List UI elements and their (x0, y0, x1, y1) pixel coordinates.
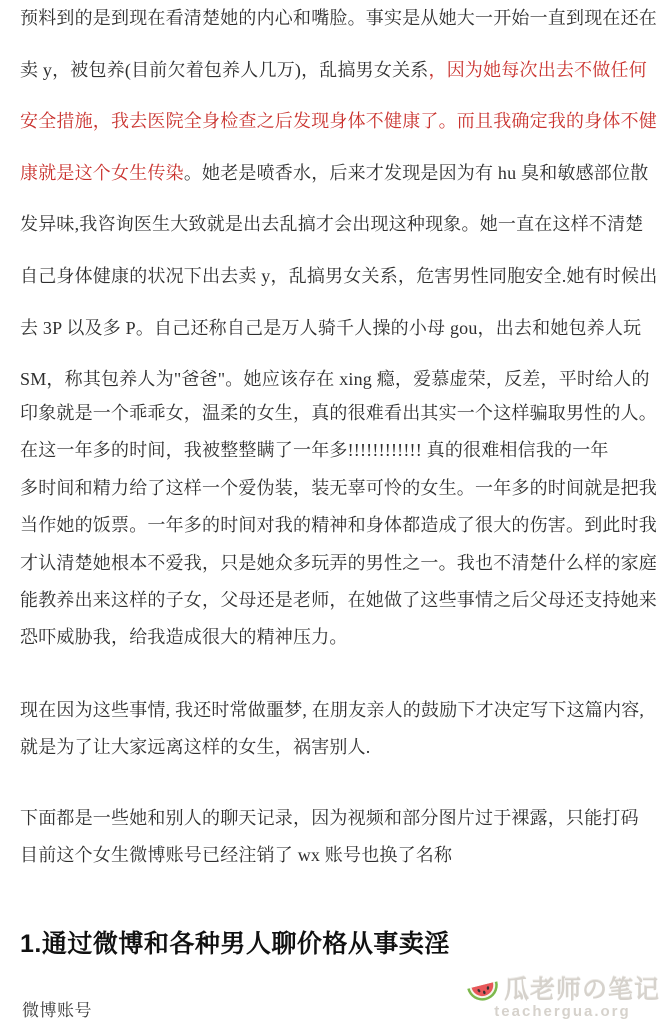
text-line: 恐吓威胁我，给我造成很大的精神压力。 (20, 619, 664, 656)
text-run: 就是为了让大家远离这样的女生，祸害别人. (20, 737, 371, 757)
text-line: 安全措施，我去医院全身检查之后发现身体不健康了。而且我确定我的身体不健 (20, 96, 664, 148)
highlighted-text-run: ，因为她每次出去不做任何 (429, 60, 647, 80)
text-line: 自己身体健康的状况下出去卖 y，乱搞男女关系，危害男性同胞安全.她有时候出 (20, 251, 664, 303)
text-line: 目前这个女生微博账号已经注销了 wx 账号也换了名称 (20, 837, 664, 874)
text-run: 印象就是一个乖乖女，温柔的女生，真的很难看出其实一个这样骗取男性的人。 (20, 403, 657, 423)
paragraph-main-part1: 预料到的是到现在看清楚她的内心和嘴脸。事实是从她大一开始一直到现在还在卖 y，被… (20, 0, 664, 406)
text-line: 就是为了让大家远离这样的女生，祸害别人. (20, 729, 664, 766)
text-run: 能教养出来这样的子女，父母还是老师，在她做了这些事情之后父母还支持她来 (20, 590, 657, 610)
text-line: 预料到的是到现在看清楚她的内心和嘴脸。事实是从她大一开始一直到现在还在 (20, 0, 664, 45)
text-run: 去 3P 以及多 P。自己还称自己是万人骑千人操的小母 gou，出去和她包养人玩 (20, 318, 641, 338)
paragraph-nightmare: 现在因为这些事情, 我还时常做噩梦, 在朋友亲人的鼓励下才决定写下这篇内容,就是… (20, 692, 664, 766)
paragraph-main-part2: 印象就是一个乖乖女，温柔的女生，真的很难看出其实一个这样骗取男性的人。在这一年多… (20, 395, 664, 657)
text-line: 卖 y，被包养(目前欠着包养人几万)，乱搞男女关系，因为她每次出去不做任何 (20, 45, 664, 97)
text-line: 现在因为这些事情, 我还时常做噩梦, 在朋友亲人的鼓励下才决定写下这篇内容, (20, 692, 664, 729)
text-run: 预料到的是到现在看清楚她的内心和嘴脸。事实是从她大一开始一直到现在还在 (20, 8, 657, 28)
text-line: 发异味,我咨询医生大致就是出去乱搞才会出现这种现象。她一直在这样不清楚 (20, 199, 664, 251)
text-line: 在这一年多的时间，我被整整瞒了一年多!!!!!!!!!!!! 真的很难相信我的一… (20, 432, 664, 469)
watermark: 瓜老师の笔记 teachergua.org (465, 970, 660, 1020)
text-run: 目前这个女生微博账号已经注销了 wx 账号也换了名称 (20, 845, 452, 865)
text-run: 自己身体健康的状况下出去卖 y，乱搞男女关系，危害男性同胞安全.她有时候出 (20, 266, 657, 286)
section-heading: 1.通过微博和各种男人聊价格从事卖淫 (20, 924, 450, 960)
highlighted-text-run: 康就是这个女生传染 (20, 163, 184, 183)
article-page: 预料到的是到现在看清楚她的内心和嘴脸。事实是从她大一开始一直到现在还在卖 y，被… (0, 0, 672, 1024)
text-run: 。她老是喷香水，后来才发现是因为有 hu 臭和敏感部位散 (184, 163, 649, 183)
text-line: 下面都是一些她和别人的聊天记录，因为视频和部分图片过于裸露，只能打码 (20, 800, 664, 837)
highlighted-text-run: 安全措施，我去医院全身检查之后发现身体不健康了。而且我确定我的身体不健 (20, 111, 657, 131)
text-line: 印象就是一个乖乖女，温柔的女生，真的很难看出其实一个这样骗取男性的人。 (20, 395, 664, 432)
watermark-row: 瓜老师の笔记 (465, 970, 660, 1006)
text-line: 多时间和精力给了这样一个爱伪装，装无辜可怜的女生。一年多的时间就是把我 (20, 470, 664, 507)
text-run: 卖 y，被包养(目前欠着包养人几万)，乱搞男女关系 (20, 60, 429, 80)
text-run: 才认清楚她根本不爱我，只是她众多玩弄的男性之一。我也不清楚什么样的家庭 (20, 553, 657, 573)
weibo-account-label: 微博账号 (22, 996, 92, 1021)
paragraph-chatlog-intro: 下面都是一些她和别人的聊天记录，因为视频和部分图片过于裸露，只能打码目前这个女生… (20, 800, 664, 874)
text-line: 能教养出来这样的子女，父母还是老师，在她做了这些事情之后父母还支持她来 (20, 582, 664, 619)
watermark-title: 瓜老师の笔记 (504, 970, 660, 1006)
text-line: 当作她的饭票。一年多的时间对我的精神和身体都造成了很大的伤害。到此时我 (20, 507, 664, 544)
watermelon-icon (461, 966, 505, 1010)
text-run: 现在因为这些事情, 我还时常做噩梦, 在朋友亲人的鼓励下才决定写下这篇内容, (20, 700, 644, 720)
text-run: 当作她的饭票。一年多的时间对我的精神和身体都造成了很大的伤害。到此时我 (20, 515, 657, 535)
text-run: 恐吓威胁我，给我造成很大的精神压力。 (20, 627, 348, 647)
text-run: 下面都是一些她和别人的聊天记录，因为视频和部分图片过于裸露，只能打码 (20, 808, 639, 828)
text-run: SM，称其包养人为"爸爸"。她应该存在 xing 瘾，爱慕虚荣，反差，平时给人的 (20, 369, 650, 389)
text-run: 发异味,我咨询医生大致就是出去乱搞才会出现这种现象。她一直在这样不清楚 (20, 214, 644, 234)
text-line: 康就是这个女生传染。她老是喷香水，后来才发现是因为有 hu 臭和敏感部位散 (20, 148, 664, 200)
text-run: 多时间和精力给了这样一个爱伪装，装无辜可怜的女生。一年多的时间就是把我 (20, 478, 657, 498)
text-run: 在这一年多的时间，我被整整瞒了一年多!!!!!!!!!!!! 真的很难相信我的一… (20, 440, 609, 460)
watermark-site: teachergua.org (494, 1003, 630, 1020)
text-line: 去 3P 以及多 P。自己还称自己是万人骑千人操的小母 gou，出去和她包养人玩 (20, 303, 664, 355)
text-line: 才认清楚她根本不爱我，只是她众多玩弄的男性之一。我也不清楚什么样的家庭 (20, 545, 664, 582)
